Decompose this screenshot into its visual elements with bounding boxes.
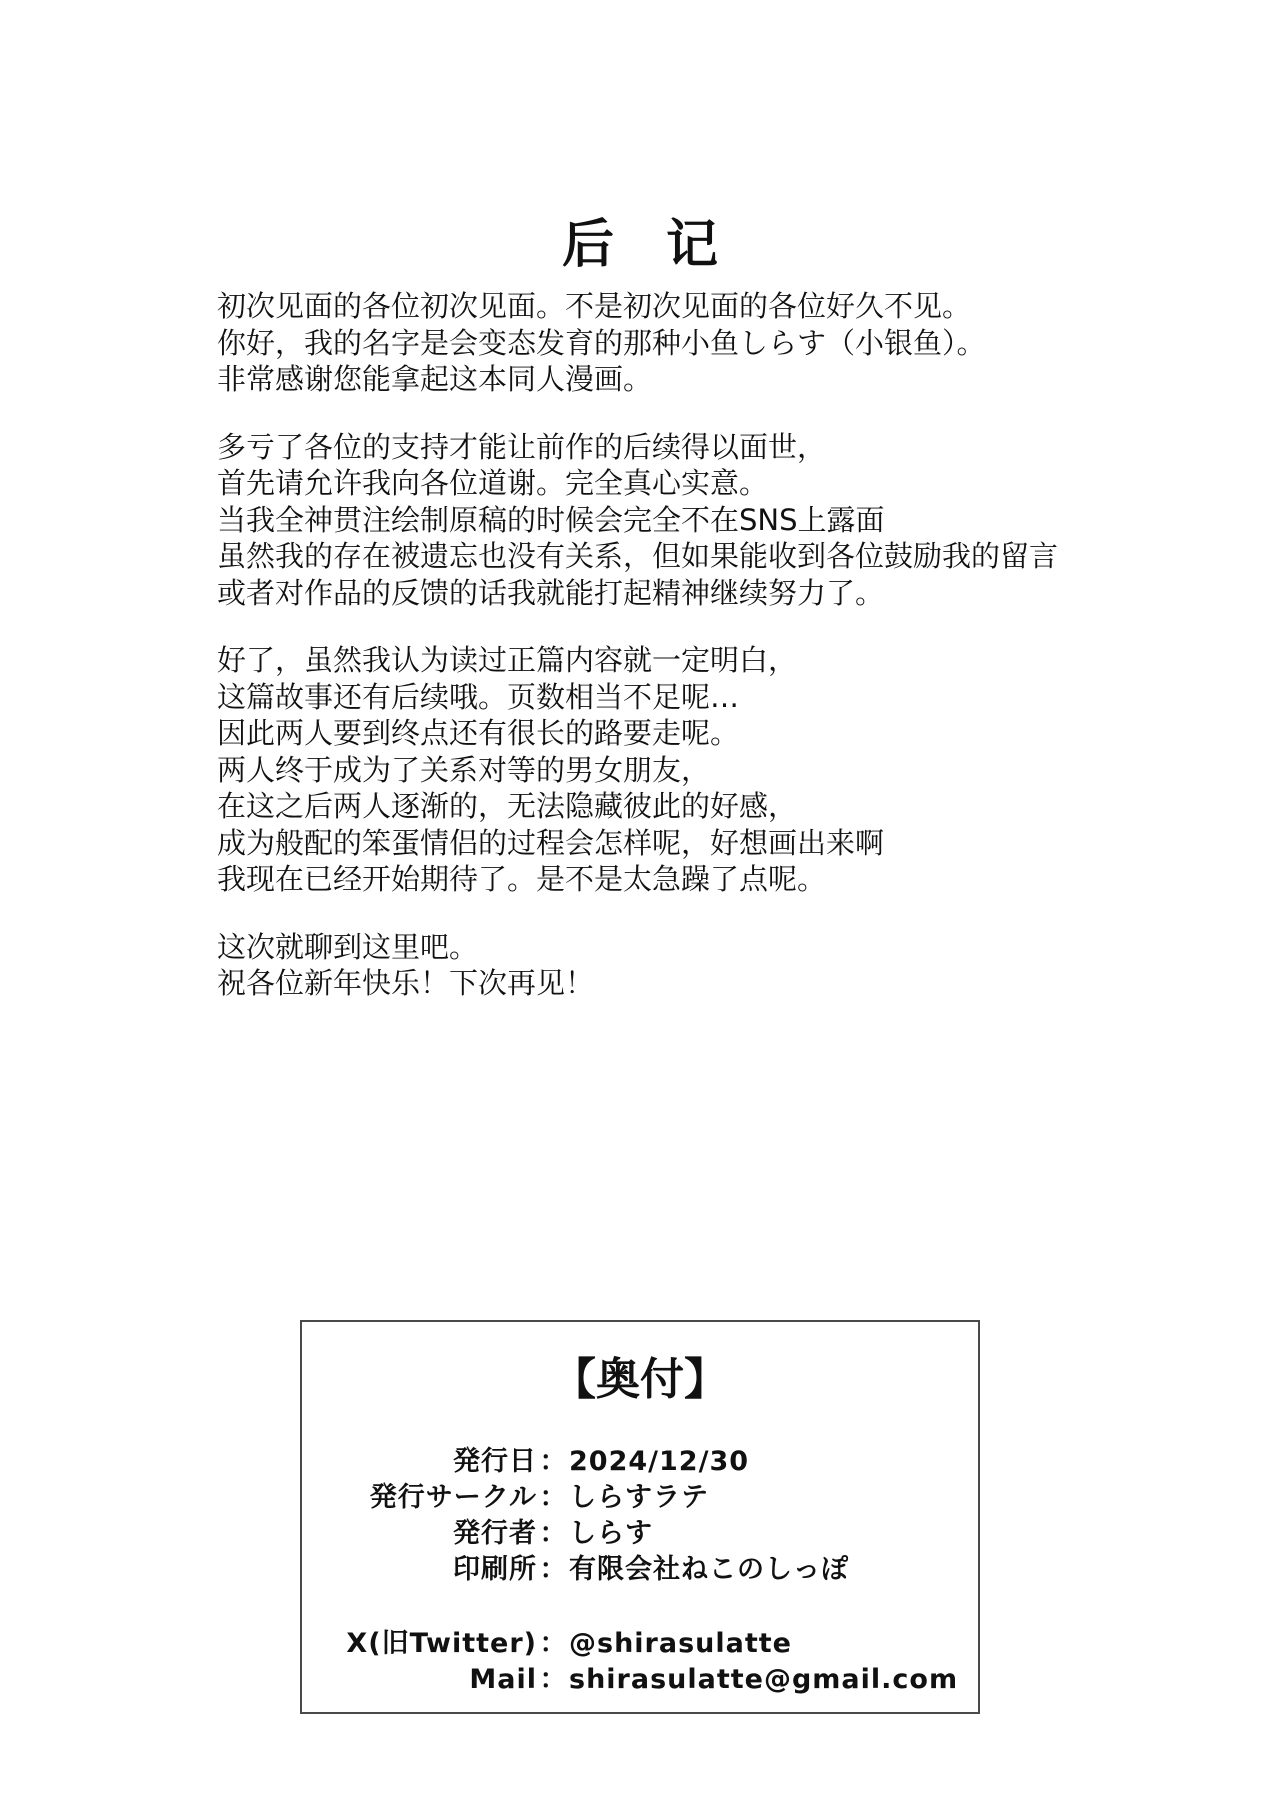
text-line: 你好，我的名字是会变态发育的那种小鱼しらす（小银鱼）。 bbox=[217, 325, 1197, 362]
row-separator: ： bbox=[537, 1662, 569, 1698]
row-label: 発行者 bbox=[302, 1516, 537, 1552]
spacer bbox=[302, 1588, 978, 1626]
row-separator: ： bbox=[537, 1480, 569, 1516]
text-line: 两人终于成为了关系对等的男女朋友， bbox=[217, 752, 1197, 789]
paragraph-greeting: 初次见面的各位初次见面。不是初次见面的各位好久不见。 你好，我的名字是会变态发育… bbox=[217, 288, 1197, 398]
row-value: しらすラテ bbox=[569, 1480, 978, 1516]
text-line: 或者对作品的反馈的话我就能打起精神继续努力了。 bbox=[217, 575, 1197, 612]
colophon-row-publisher: 発行者 ： しらす bbox=[302, 1516, 978, 1552]
page-title: 后记 bbox=[0, 213, 1280, 277]
colophon-row-publish-date: 発行日 ： 2024/12/30 bbox=[302, 1444, 978, 1480]
colophon-row-mail: Mail ： shirasulatte@gmail.com bbox=[302, 1662, 978, 1698]
email-address: shirasulatte@gmail.com bbox=[569, 1662, 978, 1698]
row-value: 2024/12/30 bbox=[569, 1444, 978, 1480]
row-separator: ： bbox=[537, 1552, 569, 1588]
row-separator: ： bbox=[537, 1626, 569, 1662]
text-line: 多亏了各位的支持才能让前作的后续得以面世， bbox=[217, 429, 1197, 466]
colophon-box: 【奥付】 発行日 ： 2024/12/30 発行サークル ： しらすラテ 発行者… bbox=[300, 1320, 980, 1714]
text-line: 成为般配的笨蛋情侣的过程会怎样呢，好想画出来啊 bbox=[217, 825, 1197, 862]
row-value: 有限会社ねこのしっぽ bbox=[569, 1552, 978, 1588]
colophon-title: 【奥付】 bbox=[302, 1352, 978, 1408]
text-line: 在这之后两人逐渐的，无法隐藏彼此的好感， bbox=[217, 788, 1197, 825]
row-label: 発行サークル bbox=[302, 1480, 537, 1516]
text-line: 这次就聊到这里吧。 bbox=[217, 929, 1197, 966]
afterword-body: 初次见面的各位初次见面。不是初次见面的各位好久不见。 你好，我的名字是会变态发育… bbox=[217, 288, 1197, 1033]
colophon-row-printer: 印刷所 ： 有限会社ねこのしっぽ bbox=[302, 1552, 978, 1588]
row-separator: ： bbox=[537, 1516, 569, 1552]
text-line: 首先请允许我向各位道谢。完全真心实意。 bbox=[217, 465, 1197, 502]
text-line: 当我全神贯注绘制原稿的时候会完全不在SNS上露面 bbox=[217, 502, 1197, 539]
row-label: 印刷所 bbox=[302, 1552, 537, 1588]
row-label: X(旧Twitter) bbox=[302, 1626, 537, 1662]
text-line: 初次见面的各位初次见面。不是初次见面的各位好久不见。 bbox=[217, 288, 1197, 325]
colophon-details: 発行日 ： 2024/12/30 発行サークル ： しらすラテ 発行者 ： しら… bbox=[302, 1444, 978, 1698]
text-line: 虽然我的存在被遗忘也没有关系，但如果能收到各位鼓励我的留言 bbox=[217, 538, 1197, 575]
colophon-row-twitter: X(旧Twitter) ： @shirasulatte bbox=[302, 1626, 978, 1662]
text-line: 因此两人要到终点还有很长的路要走呢。 bbox=[217, 715, 1197, 752]
text-line: 好了，虽然我认为读过正篇内容就一定明白， bbox=[217, 642, 1197, 679]
paragraph-story: 好了，虽然我认为读过正篇内容就一定明白， 这篇故事还有后续哦。页数相当不足呢… … bbox=[217, 642, 1197, 898]
text-line: 非常感谢您能拿起这本同人漫画。 bbox=[217, 361, 1197, 398]
paragraph-closing: 这次就聊到这里吧。 祝各位新年快乐！下次再见！ bbox=[217, 929, 1197, 1002]
row-label: 発行日 bbox=[302, 1444, 537, 1480]
text-line: 我现在已经开始期待了。是不是太急躁了点呢。 bbox=[217, 861, 1197, 898]
row-separator: ： bbox=[537, 1444, 569, 1480]
paragraph-thanks: 多亏了各位的支持才能让前作的后续得以面世， 首先请允许我向各位道谢。完全真心实意… bbox=[217, 429, 1197, 612]
twitter-handle: @shirasulatte bbox=[569, 1626, 978, 1662]
text-line: 这篇故事还有后续哦。页数相当不足呢… bbox=[217, 679, 1197, 716]
text-line: 祝各位新年快乐！下次再见！ bbox=[217, 965, 1197, 1002]
row-value: しらす bbox=[569, 1516, 978, 1552]
colophon-row-circle: 発行サークル ： しらすラテ bbox=[302, 1480, 978, 1516]
row-label: Mail bbox=[302, 1662, 537, 1698]
